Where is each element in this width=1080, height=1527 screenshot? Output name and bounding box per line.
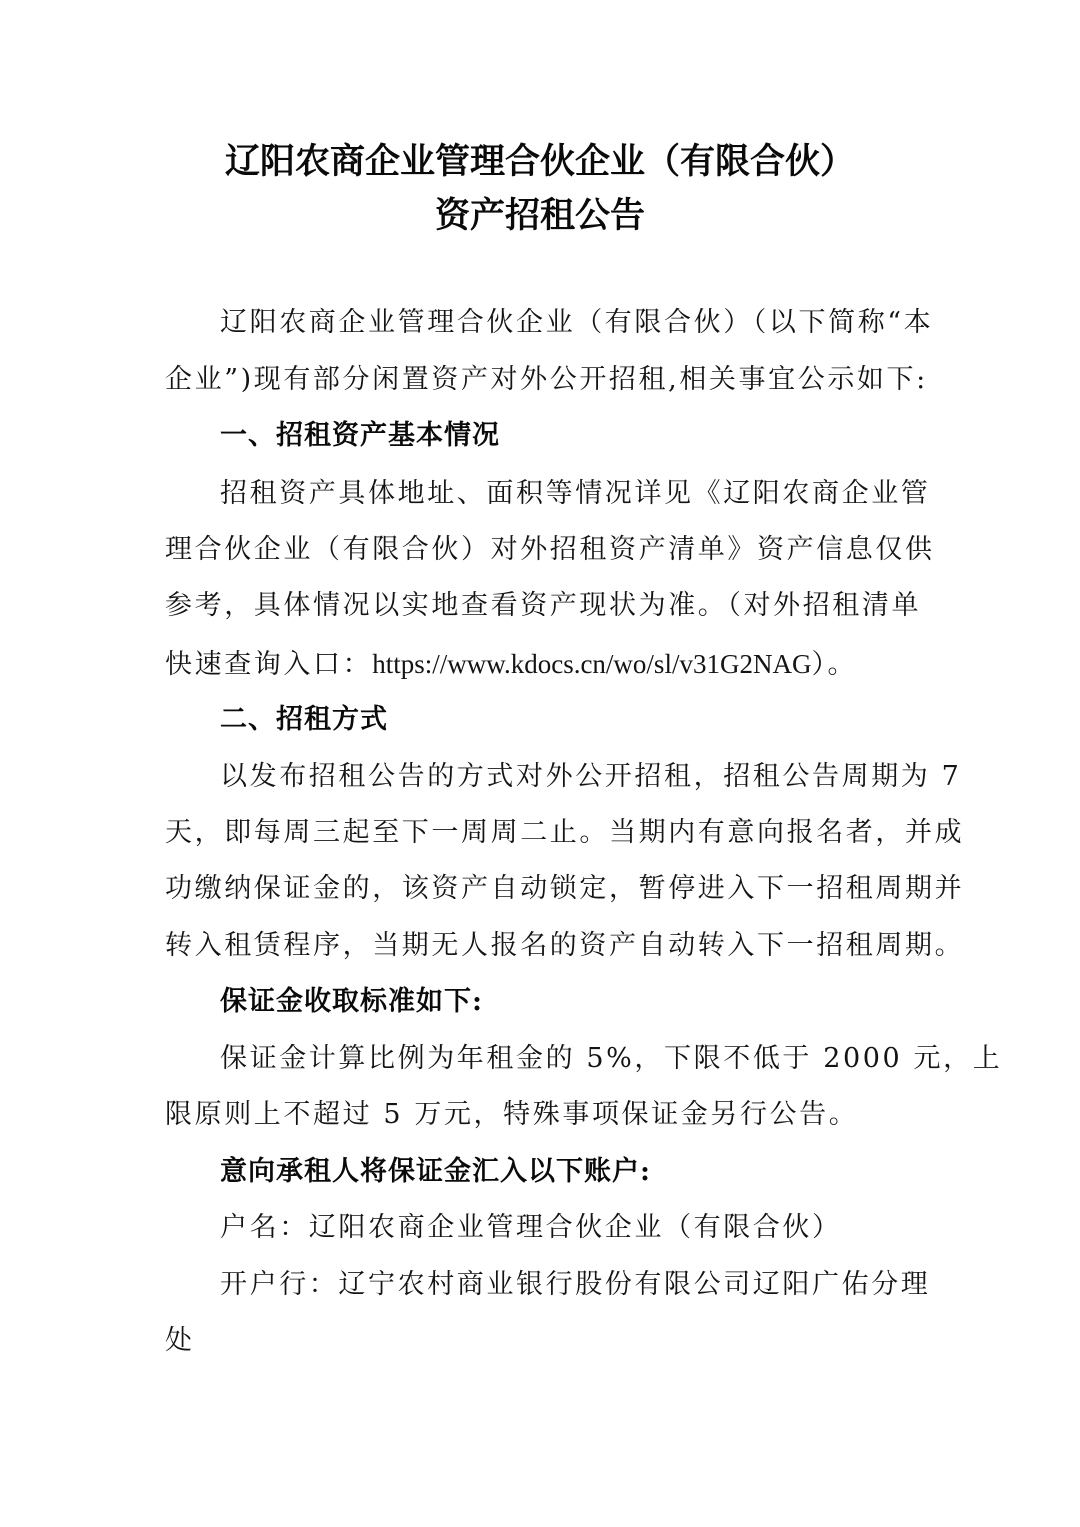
asset-list-link[interactable]: https://www.kdocs.cn/wo/sl/v31G2NAG — [372, 649, 811, 679]
account-bank-line1: 开户行：辽宁农村商业银行股份有限公司辽阳广佑分理 — [220, 1268, 925, 1302]
intro-paragraph-line2: 企业”)现有部分闲置资产对外公开招租,相关事宜公示如下: — [165, 363, 925, 397]
section1-line3: 参考，具体情况以实地查看资产现状为准。（对外招租清单 — [165, 589, 925, 623]
section2-line3: 功缴纳保证金的，该资产自动锁定，暂停进入下一招租周期并 — [165, 872, 925, 906]
intro-paragraph-line1: 辽阳农商企业管理合伙企业（有限合伙）（以下简称“本 — [220, 306, 925, 340]
deposit-line2: 限原则上不超过 5 万元，特殊事项保证金另行公告。 — [165, 1098, 925, 1132]
account-bank-line2: 处 — [165, 1324, 925, 1358]
account-name-line: 户名：辽阳农商企业管理合伙企业（有限合伙） — [220, 1211, 925, 1245]
closing-punctuation: ）。 — [811, 649, 857, 680]
section1-line4: 快速查询入口：https://www.kdocs.cn/wo/sl/v31G2N… — [165, 647, 925, 682]
document-page: 辽阳农商企业管理合伙企业（有限合伙） 资产招租公告 辽阳农商企业管理合伙企业（有… — [0, 0, 1080, 1527]
document-title-line1: 辽阳农商企业管理合伙企业（有限合伙） — [0, 140, 1080, 184]
query-entry-label: 快速查询入口： — [165, 649, 372, 680]
section2-line2: 天，即每周三起至下一周周二止。当期内有意向报名者，并成 — [165, 816, 925, 850]
section2-line4: 转入租赁程序，当期无人报名的资产自动转入下一招租周期。 — [165, 929, 925, 963]
section1-line1: 招租资产具体地址、面积等情况详见《辽阳农商企业管 — [220, 477, 925, 511]
section2-line1: 以发布招租公告的方式对外公开招租，招租公告周期为 7 — [220, 760, 925, 794]
account-heading: 意向承租人将保证金汇入以下账户: — [220, 1155, 925, 1189]
section1-heading: 一、招租资产基本情况 — [220, 419, 925, 453]
deposit-line1: 保证金计算比例为年租金的 5%，下限不低于 2000 元，上 — [220, 1042, 925, 1076]
document-title-line2: 资产招租公告 — [0, 194, 1080, 238]
deposit-heading: 保证金收取标准如下: — [220, 985, 925, 1019]
section1-line2: 理合伙企业（有限合伙）对外招租资产清单》资产信息仅供 — [165, 533, 925, 567]
section2-heading: 二、招租方式 — [220, 703, 925, 737]
